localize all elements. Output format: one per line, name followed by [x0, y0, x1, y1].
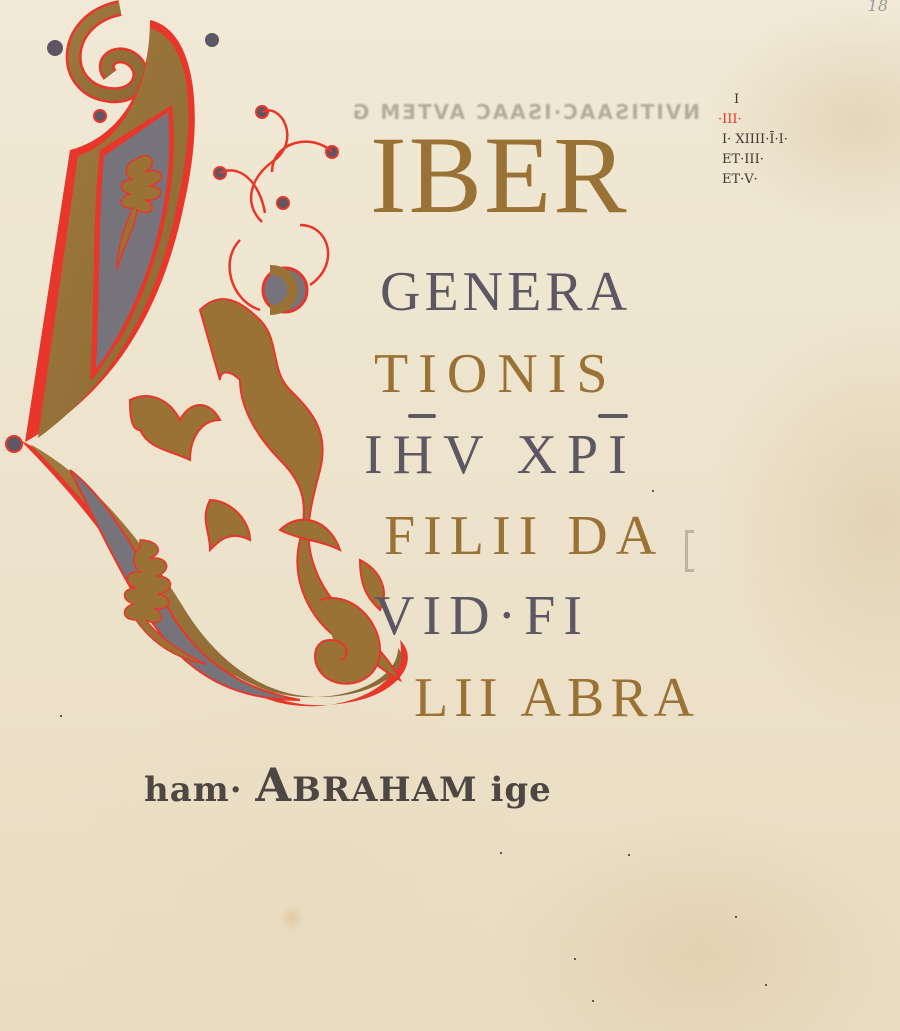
parchment-speck	[574, 958, 576, 960]
abbreviation-overbar-ihv	[408, 414, 436, 418]
marginalia-line-5: ET·V·	[718, 170, 788, 190]
uncial-text-line: ham· ABRAHAM ige	[144, 758, 552, 812]
capitals-line-7: LII ABRA	[414, 666, 700, 730]
marginalia-line-1: I	[718, 90, 788, 110]
capitals-line-2: GENERA	[380, 260, 631, 324]
capitals-line-4: IHV XPI	[364, 423, 637, 487]
parchment-page: 18 NVITISAAC·ISAAC AVTEM G	[0, 0, 900, 1031]
canon-table-marginalia: I ·III· I· XIIII·Ī·I· ET·III· ET·V·	[718, 90, 788, 190]
uncial-part-ige: ige	[478, 770, 552, 810]
abbreviation-overbar-xpi	[598, 414, 628, 418]
parchment-speck	[765, 984, 767, 986]
uncial-part-ham: ham·	[144, 770, 255, 810]
parchment-speck	[652, 490, 654, 492]
parchment-speck	[592, 1000, 594, 1002]
bleed-through-bracket	[685, 530, 694, 572]
uncial-capital-a: A	[255, 758, 292, 812]
capitals-line-5: FILII DA	[384, 504, 664, 568]
parchment-speck	[628, 854, 630, 856]
marginalia-line-3: I· XIIII·Ī·I·	[718, 130, 788, 150]
folio-number: 18	[868, 0, 888, 15]
uncial-part-braham: BRAHAM	[292, 770, 478, 810]
capitals-line-6: VID·FI	[374, 584, 590, 648]
parchment-speck	[735, 916, 737, 918]
capitals-line-3: TIONIS	[374, 342, 618, 406]
marginalia-line-2-red: ·III·	[718, 110, 788, 130]
parchment-speck	[500, 852, 502, 854]
parchment-speck	[60, 715, 62, 717]
marginalia-line-4: ET·III·	[718, 150, 788, 170]
capitals-line-1: IBER	[370, 120, 629, 230]
